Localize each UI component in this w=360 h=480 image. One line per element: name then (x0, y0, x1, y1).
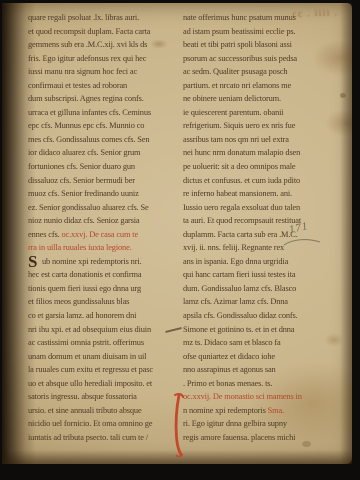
line-text: mz ts. Didaco sam et blasco fa (183, 338, 281, 347)
manuscript-text-line: Iussio uero regala exsoluat duo talen (183, 201, 337, 215)
line-text: epc cfs. Munnus epc cfs. Munnio co (28, 121, 144, 130)
manuscript-text-line: regis amore fauensa. placens michi (183, 431, 337, 445)
manuscript-text-line: tionis quem fieri iussi ego dnna urg (28, 282, 180, 296)
parchment-page: . cc . iiii . quare regali psoluat .lx. … (2, 3, 352, 464)
manuscript-text-line: ri. Ego igitur dnna gelbira supny (183, 417, 337, 431)
manuscript-text-line: Simone et gotinino ts. et in et dnna (183, 323, 337, 337)
rubric-text: rra in uilla ruuales iuxta legione. (28, 243, 132, 252)
line-text: gemmens sub era .M.C.xij. xvi kls ds (28, 40, 147, 49)
manuscript-text-line: iussi manu nra signum hoc feci ac (28, 65, 180, 79)
line-text: ursio. et sine annuali tributo absque (28, 406, 142, 415)
line-text: n nomine xpi redemptoris (183, 406, 268, 415)
manuscript-text-line: oc.xxvij. De monastio sci mamens in (183, 390, 337, 404)
line-text: ior didaco aluarez cfs. Senior grum (28, 148, 140, 157)
rubric-text: oc.xxvij. De monastio sci mamens in (183, 392, 302, 401)
page-right-shadow (340, 3, 352, 464)
manuscript-text-line: n nomine xpi redemptoris Sma. (183, 404, 337, 418)
manuscript-text-line: ez. Senior gondissaluo aluarez cfs. Se (28, 201, 180, 215)
line-text: Iussio uero regala exsoluat duo talen (183, 203, 300, 212)
line-text: ne obinere ueniam delictorum. (183, 94, 281, 103)
manuscript-text-line: dissaluoz cfs. Senior bermudi ber (28, 174, 180, 188)
manuscript-text-line: assribus tam nos qm nri uel extra (183, 133, 337, 147)
line-text: assribus tam nos qm nri uel extra (183, 135, 289, 144)
line-text: tionis quem fieri iussi ego dnna urg (28, 284, 141, 293)
manuscript-text-line: et quod recompsit duplam. Facta carta (28, 25, 180, 39)
line-text: mes cfs. Gondissaluus comes cfs. Sen (28, 135, 149, 144)
line-text: psorum ac successoribus suis pedsa (183, 54, 297, 63)
manuscript-text-line: ac castissimi omnia pstrit. offerimus (28, 336, 180, 350)
line-text: ie quiescerent parentum. obanii (183, 108, 283, 117)
line-text: urraca et gilluna infantes cfs. Ceminus (28, 108, 151, 117)
manuscript-text-line: refrigerium. Siquis uero ex nris fue (183, 119, 337, 133)
manuscript-text-line: muoz cfs. Senior fredinando uuniz (28, 187, 180, 201)
line-text: pe uoluerit: sit a deo omnipos male (183, 162, 295, 171)
manuscript-text-line: confirmaui et testes ad roboran (28, 79, 180, 93)
manuscript-text-line: ad istam psum beatissimi ecclie ps. (183, 25, 337, 39)
manuscript-text-line: mes cfs. Gondissaluus comes cfs. Sen (28, 133, 180, 147)
manuscript-text-line: ie quiescerent parentum. obanii (183, 106, 337, 120)
manuscript-text-line: dum. Gondissaluo lamz cfs. Blasco (183, 282, 337, 296)
manuscript-text-line: ennes cfs. oc.xxvj. De casa cum te (28, 228, 180, 242)
manuscript-text-line: urraca et gilluna infantes cfs. Ceminus (28, 106, 180, 120)
line-text: ennes cfs. (28, 230, 61, 239)
line-text: regis amore fauensa. placens michi (183, 433, 295, 442)
manuscript-text-line: la ruuales cum exitu et regressu et pasc (28, 363, 180, 377)
manuscript-text-line: beati et tibi patri spoli blasoni assi (183, 38, 337, 52)
line-text: et filios meos gundissaluus blas (28, 297, 129, 306)
manuscript-text-line: ac sedm. Qualiter psusaga posch (183, 65, 337, 79)
manuscript-text-line: rra in uilla ruuales iuxta legione. (28, 241, 180, 255)
foxing-spot (340, 93, 346, 98)
manuscript-text-line: uo et absque ullo herediali imposito. et (28, 377, 180, 391)
manuscript-text-line: dictus et confusus. et cum iuda pdito (183, 174, 337, 188)
manuscript-text-line: . Primo et bonas menaes. ts. (183, 377, 337, 391)
rubric-initial-i-icon (173, 392, 184, 458)
manuscript-text-line: fris. Ego igitur adefonsus rex qui hec (28, 52, 180, 66)
manuscript-text-line: nno assrapinus et agonus san (183, 363, 337, 377)
manuscript-text-line: iuntatis ad tributa psecto. tali cum te … (28, 431, 180, 445)
line-text: co et garsia lamz. ad honorem dni (28, 311, 136, 320)
manuscript-text-line: nioz nunio didaz cfs. Senioz garsia (28, 214, 180, 228)
line-text: la ruuales cum exitu et regressu et pasc (28, 365, 153, 374)
line-text: . Primo et bonas menaes. ts. (183, 379, 272, 388)
manuscript-text-line: ursio. et sine annuali tributo absque (28, 404, 180, 418)
rubric-text: Sma. (268, 406, 284, 415)
line-text: xvij. ii. nns. feliij. Regnante rex (183, 243, 284, 252)
line-text: quare regali psoluat .lx. libras auri. (28, 13, 139, 22)
manuscript-text-line: epc cfs. Munnus epc cfs. Munnio co (28, 119, 180, 133)
manuscript-text-line: fortuniones cfs. Senior duaro gun (28, 160, 180, 174)
text-column-right: nate offerimus hunc psatum munusad istam… (183, 11, 337, 457)
manuscript-text-line: ta auri. Et quod recompsauit restituat (183, 214, 337, 228)
line-text: dum subscripsi. Agnes regina confs. (28, 94, 144, 103)
manuscript-photo: { "page": { "folio_number": ". cc . iiii… (0, 0, 360, 480)
manuscript-text-line: Sub nomine xpi redemptoris nri. (28, 255, 180, 269)
manuscript-text-line: partium. et nrcato nri elamons me (183, 79, 337, 93)
manuscript-text-line: ior didaco aluarez cfs. Senior grum (28, 146, 180, 160)
manuscript-text-line: ofse quniartez et didaco iohe (183, 350, 337, 364)
drop-cap-initial: S (28, 253, 37, 270)
manuscript-text-line: mz ts. Didaco sam et blasco fa (183, 336, 337, 350)
line-text: nno assrapinus et agonus san (183, 365, 276, 374)
line-text: et quod recompsit duplam. Facta carta (28, 27, 150, 36)
manuscript-text-line: ne obinere ueniam delictorum. (183, 92, 337, 106)
manuscript-text-line: pe uoluerit: sit a deo omnipos male (183, 160, 337, 174)
manuscript-text-line: nicidio uel fornicio. Et oma omnino ge (28, 417, 180, 431)
line-text: qui hanc cartam fieri iussi testes ita (183, 270, 295, 279)
line-text: nioz nunio didaz cfs. Senioz garsia (28, 216, 140, 225)
parchment-stain (324, 333, 344, 347)
manuscript-text-line: quare regali psoluat .lx. libras auri. (28, 11, 180, 25)
line-text: dum. Gondissaluo lamz cfs. Blasco (183, 284, 296, 293)
manuscript-text-line: lamz cfs. Azimar lamz cfs. Dnna (183, 295, 337, 309)
line-text: satoris ingressu. absque fossatoria (28, 392, 137, 401)
manuscript-text-line: nri ihu xpi. et ad obsequium eius diuin (28, 323, 180, 337)
line-text: dissaluoz cfs. Senior bermudi ber (28, 176, 135, 185)
line-text: ri. Ego igitur dnna gelbira supny (183, 419, 287, 428)
line-text: hec est carta donationis et confirma (28, 270, 141, 279)
manuscript-text-line: re inferno habeat mansionem. ani. (183, 187, 337, 201)
line-text: nate offerimus hunc psatum munus (183, 13, 296, 22)
line-text: ad istam psum beatissimi ecclie ps. (183, 27, 295, 36)
line-text: ta auri. Et quod recompsauit restituat (183, 216, 301, 225)
manuscript-text-line: ans in ispania. Ego dnna urgridia (183, 255, 337, 269)
ink-smudge (150, 39, 168, 49)
line-text: refrigerium. Siquis uero ex nris fue (183, 121, 295, 130)
line-text: iussi manu nra signum hoc feci ac (28, 67, 137, 76)
line-text: uo et absque ullo herediali imposito. et (28, 379, 152, 388)
line-text: nri ihu xpi. et ad obsequium eius diuin (28, 325, 151, 334)
line-text: Simone et gotinino ts. et in et dnna (183, 325, 294, 334)
line-text: ac castissimi omnia pstrit. offerimus (28, 338, 144, 347)
manuscript-text-line: psorum ac successoribus suis pedsa (183, 52, 337, 66)
annotation-underline-swash (283, 236, 321, 248)
line-text: ac sedm. Qualiter psusaga posch (183, 67, 287, 76)
rubric-text: oc.xxvj. De casa cum te (61, 230, 138, 239)
line-text: lamz cfs. Azimar lamz cfs. Dnna (183, 297, 288, 306)
line-text: apsila cfs. Gondissaluo didaz confs. (183, 311, 298, 320)
line-text: re inferno habeat mansionem. ani. (183, 189, 292, 198)
text-column-left: quare regali psoluat .lx. libras auri.et… (28, 11, 180, 453)
line-text: ez. Senior gondissaluo aluarez cfs. Se (28, 203, 149, 212)
line-text: beati et tibi patri spoli blasoni assi (183, 40, 292, 49)
manuscript-text-line: unam domum et unam diuisam in uil (28, 350, 180, 364)
line-text: ub nomine xpi redemptoris nri. (42, 257, 141, 266)
manuscript-text-line: co et garsia lamz. ad honorem dni (28, 309, 180, 323)
manuscript-text-line: dum subscripsi. Agnes regina confs. (28, 92, 180, 106)
line-text: confirmaui et testes ad roboran (28, 81, 127, 90)
line-text: nicidio uel fornicio. Et oma omnino ge (28, 419, 152, 428)
line-text: dictus et confusus. et cum iuda pdito (183, 176, 300, 185)
line-text: nei hunc nrm donatum malapio dsen (183, 148, 300, 157)
manuscript-text-line: nate offerimus hunc psatum munus (183, 11, 337, 25)
line-text: fris. Ego igitur adefonsus rex qui hec (28, 54, 146, 63)
line-text: ofse quniartez et didaco iohe (183, 352, 275, 361)
line-text: ans in ispania. Ego dnna urgridia (183, 257, 288, 266)
manuscript-text-line: et filios meos gundissaluus blas (28, 295, 180, 309)
manuscript-text-line: qui hanc cartam fieri iussi testes ita (183, 268, 337, 282)
line-text: unam domum et unam diuisam in uil (28, 352, 146, 361)
manuscript-text-line: apsila cfs. Gondissaluo didaz confs. (183, 309, 337, 323)
manuscript-text-line: satoris ingressu. absque fossatoria (28, 390, 180, 404)
line-text: fortuniones cfs. Senior duaro gun (28, 162, 135, 171)
line-text: partium. et nrcato nri elamons me (183, 81, 291, 90)
line-text: muoz cfs. Senior fredinando uuniz (28, 189, 139, 198)
foxing-spot (302, 441, 311, 447)
line-text: duplamm. Facta carta sub era .M.C. (183, 230, 298, 239)
manuscript-text-line: nei hunc nrm donatum malapio dsen (183, 146, 337, 160)
manuscript-text-line: hec est carta donationis et confirma (28, 268, 180, 282)
line-text: iuntatis ad tributa psecto. tali cum te … (28, 433, 148, 442)
